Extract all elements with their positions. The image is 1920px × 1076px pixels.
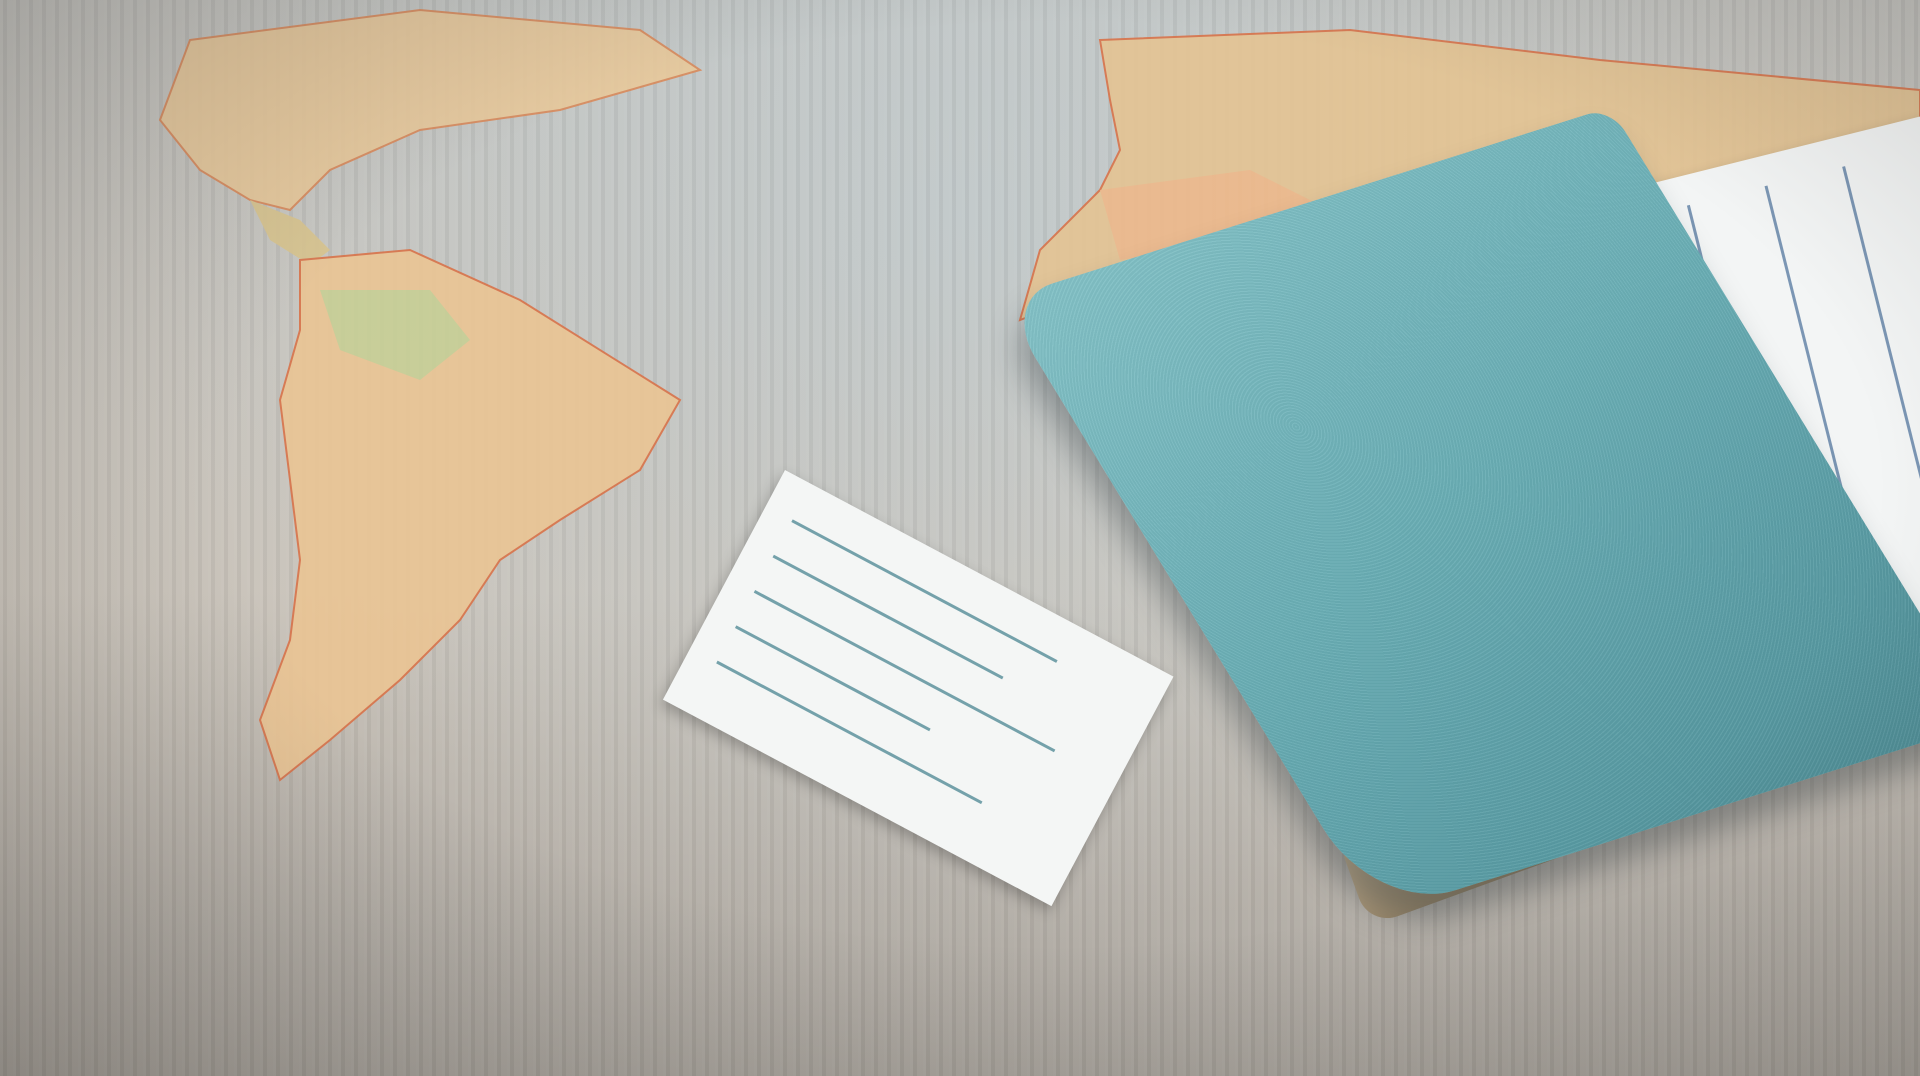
vignette <box>0 0 1920 1076</box>
photo-scene <box>0 0 1920 1076</box>
